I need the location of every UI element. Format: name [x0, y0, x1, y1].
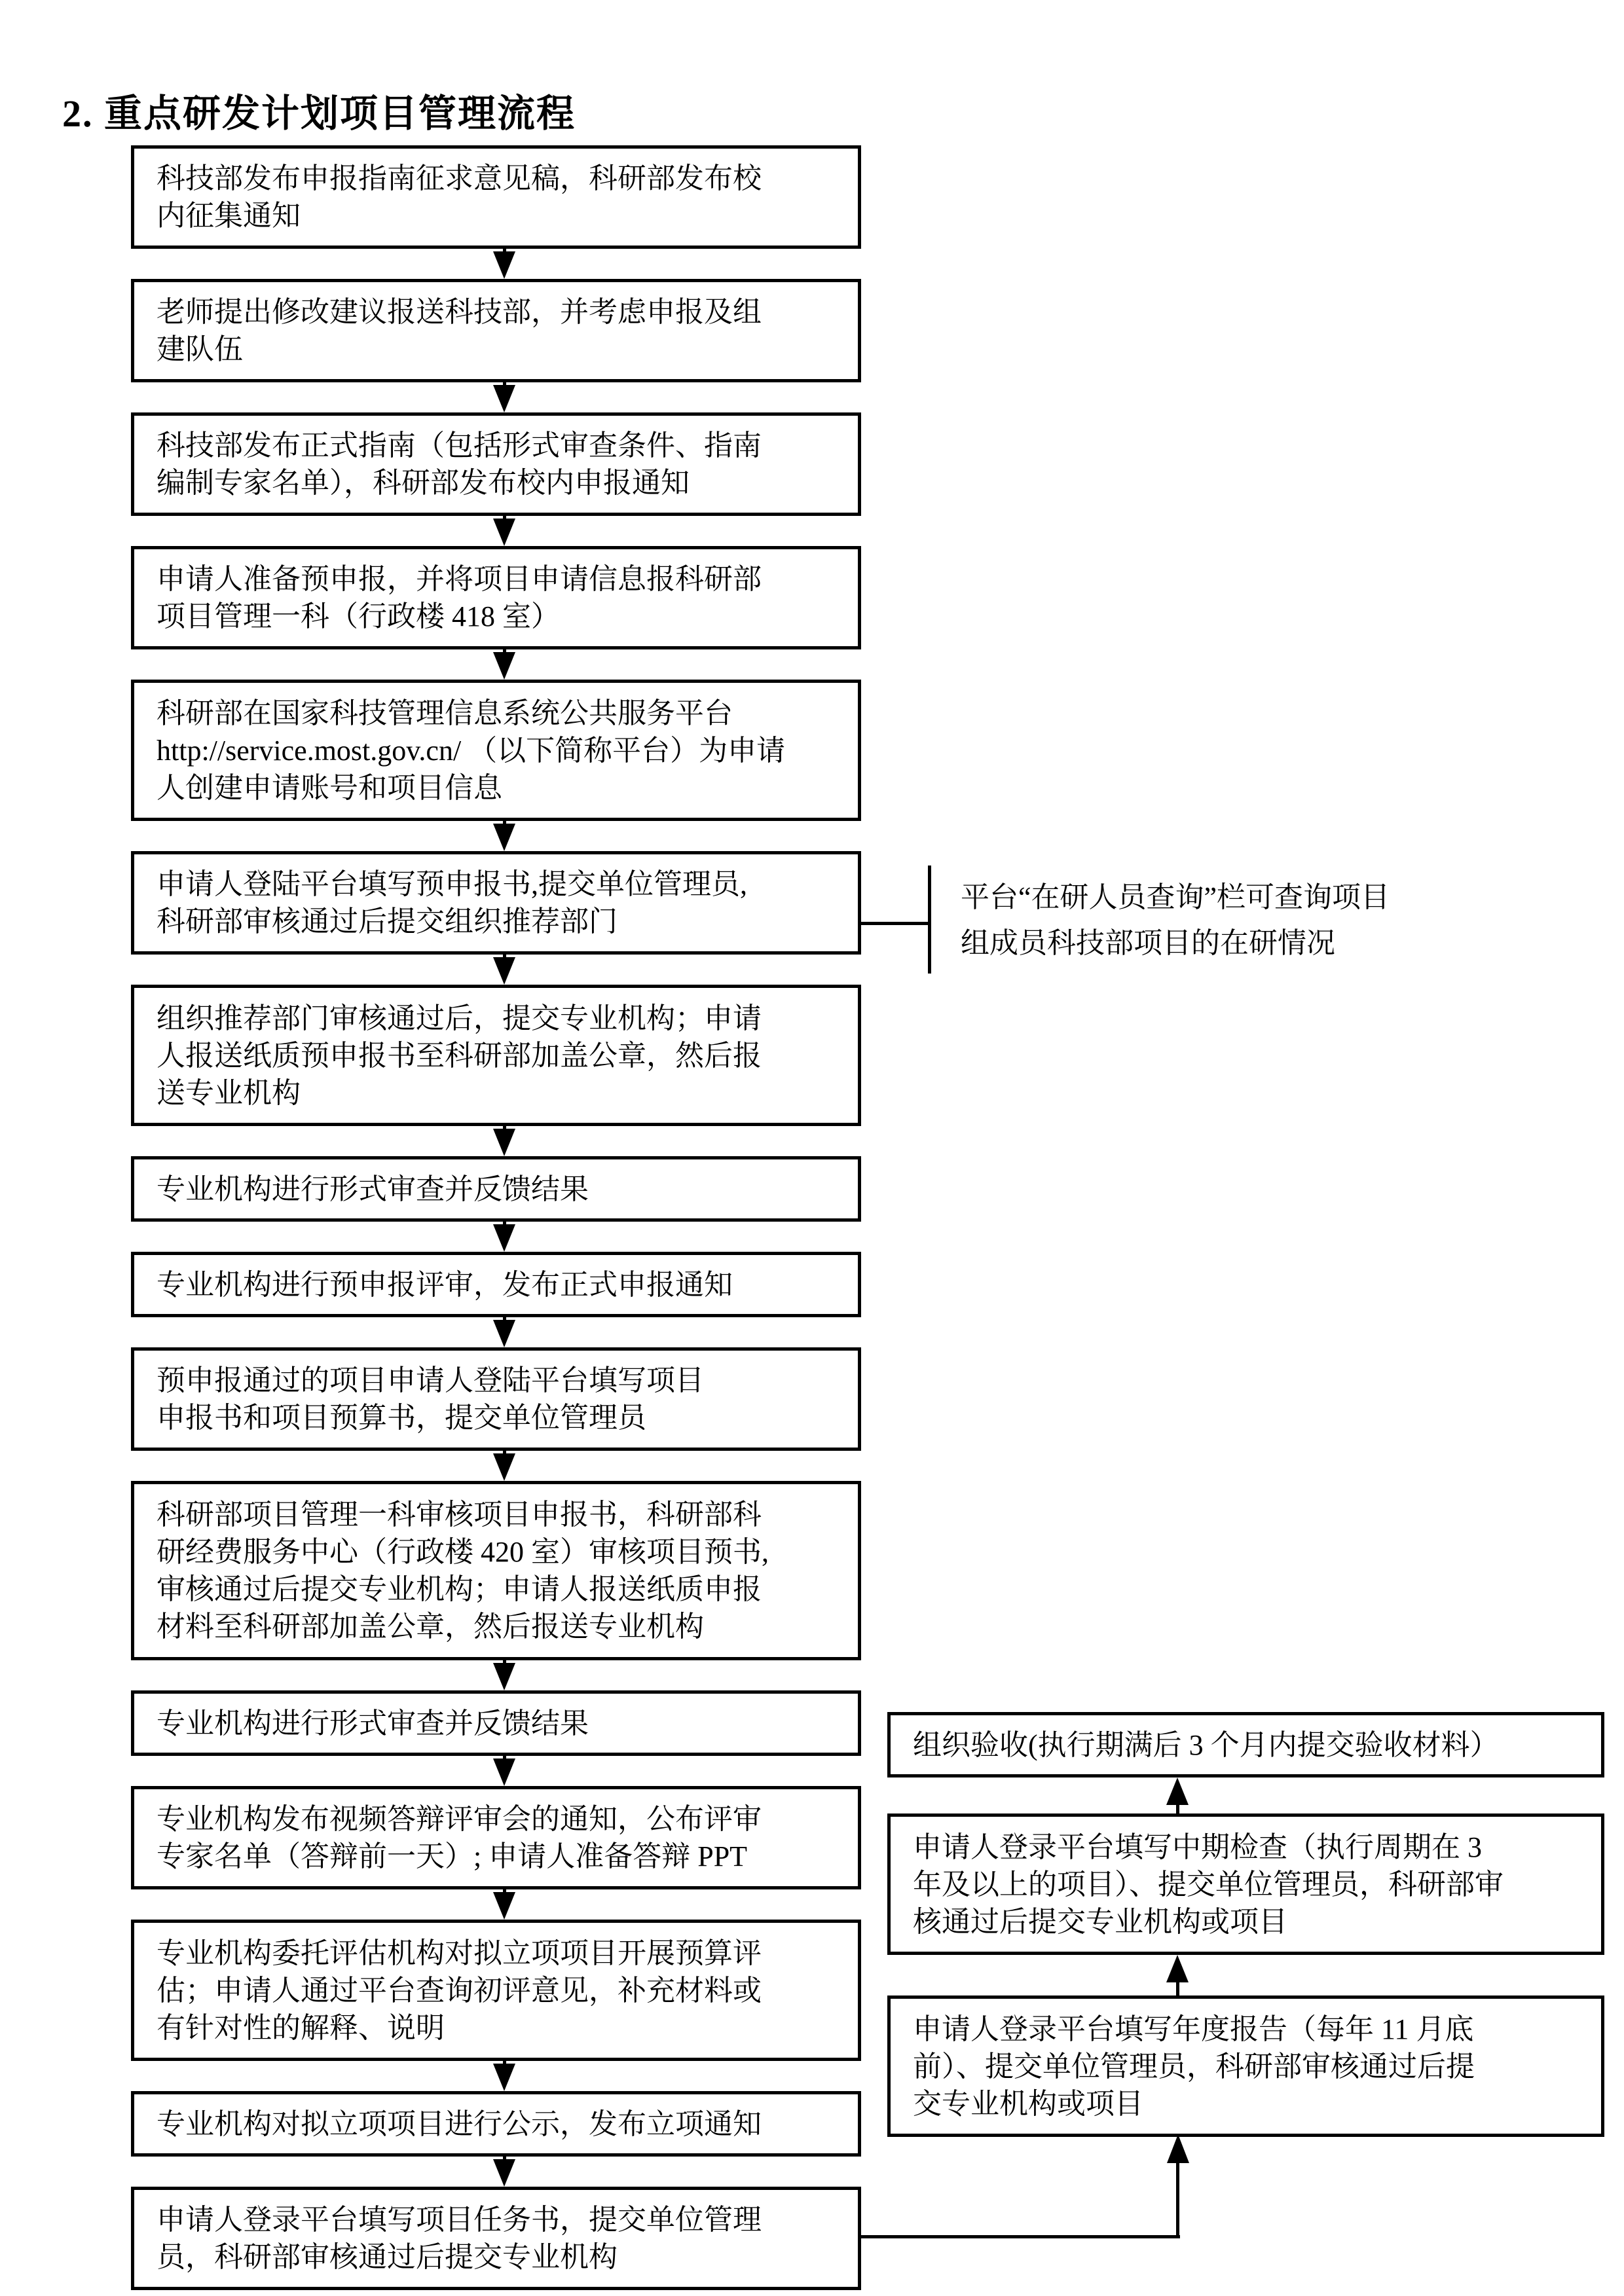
arrow-down-8: [485, 1222, 524, 1252]
arrow-down-1: [485, 249, 524, 279]
arrow-down-14: [485, 2061, 524, 2091]
arrow-down-5: [485, 821, 524, 851]
annotation-bracket-bar: [928, 866, 931, 974]
arrow-down-3: [485, 516, 524, 546]
flow-step-11-dept-review: 科研部项目管理一科审核项目申报书，科研部科 研经费服务中心（行政楼 420 室）…: [131, 1481, 861, 1660]
flow-step-15-public-notice: 专业机构对拟立项项目进行公示，发布立项通知: [131, 2091, 861, 2157]
flow-step-4-pre-application: 申请人准备预申报，并将项目申请信息报科研部 项目管理一科（行政楼 418 室）: [131, 546, 861, 649]
flow-step-10-formal-apply: 预申报通过的项目申请人登陆平台填写项目 申报书和项目预算书，提交单位管理员: [131, 1347, 861, 1451]
flow-step-5-platform-account: 科研部在国家科技管理信息系统公共服务平台 http://service.most…: [131, 680, 861, 821]
flow-step-2-teacher-suggest: 老师提出修改建议报送科技部，并考虑申报及组 建队伍: [131, 279, 861, 382]
arrow-down-icon: [493, 1224, 515, 1252]
flow-step-12-form-review-2: 专业机构进行形式审查并反馈结果: [131, 1690, 861, 1756]
flowchart-page: { "page": { "title": "2. 重点研发计划项目管理流程" }…: [0, 0, 1624, 2296]
annotation-note: 平台“在研人员查询”栏可查询项目 组成员科技部项目的在研情况: [961, 875, 1390, 966]
arrow-down-icon: [493, 824, 515, 851]
arrow-down-icon: [493, 1453, 515, 1481]
task-connector-horizontal-line: [861, 2235, 1180, 2238]
flow-step-1-guide-draft: 科技部发布申报指南征求意见稿，科研部发布校 内征集通知: [131, 145, 861, 249]
arrow-down-icon: [493, 1892, 515, 1920]
flow-step-9-preapply-review: 专业机构进行预申报评审，发布正式申报通知: [131, 1252, 861, 1317]
arrow-down-icon: [493, 251, 515, 279]
arrow-down-icon: [493, 1129, 515, 1156]
arrow-down-12: [485, 1756, 524, 1786]
arrow-down-icon: [493, 2064, 515, 2091]
flow-step-16-task-book: 申请人登录平台填写项目任务书，提交单位管理 员，科研部审核通过后提交专业机构: [131, 2187, 861, 2290]
arrow-down-2: [485, 382, 524, 412]
arrow-down-7: [485, 1126, 524, 1156]
arrow-down-15: [485, 2157, 524, 2187]
arrow-down-icon: [493, 2159, 515, 2187]
arrow-down-icon: [493, 957, 515, 985]
page-title: 2. 重点研发计划项目管理流程: [62, 82, 576, 137]
arrow-down-11: [485, 1660, 524, 1690]
side-step-acceptance: 组织验收(执行期满后 3 个月内提交验收材料）: [887, 1712, 1604, 1777]
arrow-down-icon: [493, 385, 515, 412]
arrow-up-icon: [1166, 1777, 1189, 1805]
flow-step-8-form-review-1: 专业机构进行形式审查并反馈结果: [131, 1156, 861, 1222]
side-step-annual-report: 申请人登录平台填写年度报告（每年 11 月底 前）、提交单位管理员，科研部审核通…: [887, 1995, 1604, 2137]
arrow-down-icon: [493, 1320, 515, 1347]
flow-step-14-budget-evaluation: 专业机构委托评估机构对拟立项项目开展预算评 估；申请人通过平台查询初评意见，补充…: [131, 1920, 861, 2061]
arrow-down-icon: [493, 519, 515, 546]
annotation-connector-line: [860, 922, 929, 925]
arrow-shaft: [1176, 1805, 1179, 1813]
flow-step-7-recommend-dept: 组织推荐部门审核通过后，提交专业机构；申请 人报送纸质预申报书至科研部加盖公章，…: [131, 985, 861, 1126]
flow-step-3-official-guide: 科技部发布正式指南（包括形式审查条件、指南 编制专家名单），科研部发布校内申报通…: [131, 412, 861, 516]
task-connector-arrow-up-icon: [1167, 2134, 1189, 2163]
arrow-down-10: [485, 1451, 524, 1481]
arrow-up-2: [1158, 1955, 1197, 1995]
arrow-down-4: [485, 649, 524, 680]
arrow-shaft: [1176, 1982, 1179, 1995]
arrow-down-9: [485, 1317, 524, 1347]
arrow-down-13: [485, 1889, 524, 1920]
task-connector-vertical-line: [1176, 2160, 1179, 2238]
arrow-down-6: [485, 955, 524, 985]
arrow-up-icon: [1166, 1955, 1189, 1982]
side-step-midterm-check: 申请人登录平台填写中期检查（执行周期在 3 年及以上的项目）、提交单位管理员，科…: [887, 1813, 1604, 1955]
flow-step-13-defense-notice: 专业机构发布视频答辩评审会的通知，公布评审 专家名单（答辩前一天）; 申请人准备…: [131, 1786, 861, 1889]
arrow-down-icon: [493, 652, 515, 680]
arrow-down-icon: [493, 1758, 515, 1786]
arrow-down-icon: [493, 1663, 515, 1690]
flow-step-6-fill-preapply: 申请人登陆平台填写预申报书,提交单位管理员, 科研部审核通过后提交组织推荐部门: [131, 851, 861, 955]
arrow-up-1: [1158, 1777, 1197, 1813]
